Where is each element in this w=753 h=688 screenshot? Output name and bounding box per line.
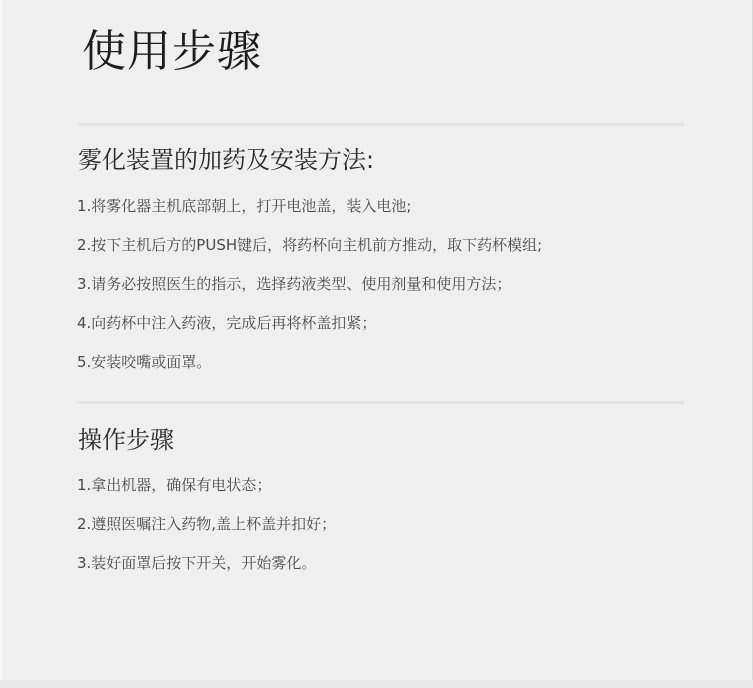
operation-step-3: 3.装好面罩后按下开关，开始雾化。: [77, 552, 316, 574]
installation-step-3: 3.请务必按照医生的指示，选择药液类型、使用剂量和使用方法；: [77, 273, 511, 295]
section-title-installation: 雾化装置的加药及安装方法:: [78, 144, 374, 176]
divider-top: [77, 123, 685, 126]
operation-step-2: 2.遵照医嘱注入药物,盖上杯盖并扣好；: [77, 513, 336, 535]
installation-step-4: 4.向药杯中注入药液，完成后再将杯盖扣紧；: [77, 312, 376, 334]
frame-bottom-edge: [0, 680, 753, 688]
installation-step-5: 5.安装咬嘴或面罩。: [77, 351, 211, 373]
page-title: 使用步骤: [82, 22, 262, 82]
installation-step-1: 1.将雾化器主机底部朝上，打开电池盖，装入电池;: [77, 195, 411, 217]
installation-step-2: 2.按下主机后方的PUSH键后，将药杯向主机前方推动，取下药杯模组;: [77, 234, 542, 256]
frame-left-edge: [0, 0, 2, 688]
operation-step-1: 1.拿出机器，确保有电状态；: [77, 474, 271, 496]
divider-middle: [77, 401, 685, 404]
section-title-operation: 操作步骤: [78, 424, 174, 456]
